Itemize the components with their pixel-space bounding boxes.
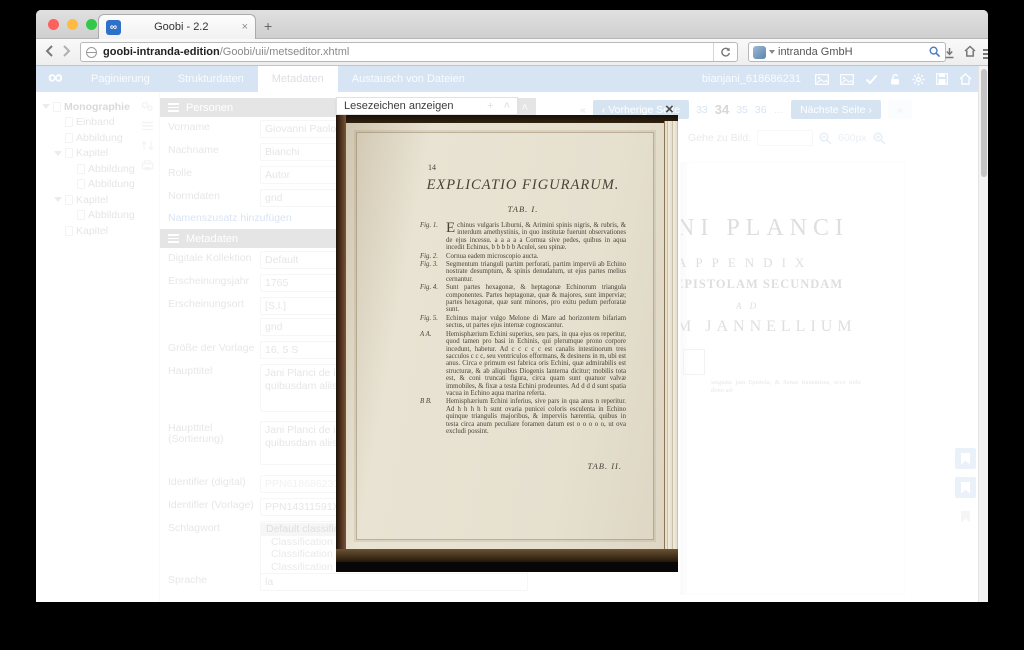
figure-entry: Fig. 5.Echinus major vulgo Melone di Mar… [446,315,626,330]
figure-entry: Fig. 3.Segmentum trianguli partim perfor… [446,261,626,283]
tooltip-add-icon: + [487,100,493,112]
figure-entry: Fig. 2.Cornua eadem microscopio aucta. [446,253,626,260]
search-bar[interactable]: intranda GmbH [748,42,946,62]
book-heading: EXPLICATIO FIGURARUM. [420,177,626,194]
forward-icon[interactable] [61,44,72,63]
traffic-lights [48,19,97,30]
zoom-window-button[interactable] [86,19,97,30]
menu-icon[interactable] [983,47,988,61]
book-page-number: 14 [428,163,626,172]
search-input[interactable]: intranda GmbH [778,46,926,58]
book-figure-list: Fig. 1.Echinus vulgaris Liburni, & Arimi… [420,222,626,435]
book-page: 14 EXPLICATIO FIGURARUM. TAB. I. Fig. 1.… [346,123,664,549]
browser-tab-bar: ∞ Goobi - 2.2 × + [36,10,988,39]
photo-background [336,562,678,572]
book-tab1: TAB. I. [420,204,626,214]
new-tab-button[interactable]: + [264,18,272,34]
tooltip-collapse-icon: ˄ [504,100,510,112]
browser-nav-bar: goobi-intranda-edition/Goobi/uii/metsedi… [36,39,988,66]
minimize-window-button[interactable] [67,19,78,30]
figure-entry: B B.Hemisphærium Echini inferius, sive p… [446,398,626,435]
home-icon[interactable] [964,45,976,63]
back-icon[interactable] [44,44,55,63]
lesezeichen-tooltip: Lesezeichen anzeigen + ˄ [336,97,518,115]
book-edge-top [336,115,678,123]
browser-tab[interactable]: ∞ Goobi - 2.2 × [98,14,256,39]
book-edge-bottom [336,549,678,562]
scrollbar[interactable] [978,66,988,602]
book-spine [336,115,346,554]
figure-entry: Fig. 1.Echinus vulgaris Liburni, & Arimi… [446,222,626,252]
close-icon[interactable]: × [665,102,674,117]
reload-icon[interactable] [713,43,737,61]
browser-window: ∞ Goobi - 2.2 × + goobi-intranda-edition… [36,10,988,602]
book-page-text: 14 EXPLICATIO FIGURARUM. TAB. I. Fig. 1.… [420,163,626,471]
search-engine-dropdown-icon[interactable] [769,50,775,54]
tab-title: Goobi - 2.2 [127,21,236,33]
site-identity-icon[interactable] [86,47,97,58]
drop-cap: E [446,222,455,234]
scanned-page-image[interactable]: 14 EXPLICATIO FIGURARUM. TAB. I. Fig. 1.… [336,115,678,572]
figure-entry: Fig. 4.Sunt partes hexagonæ, & heptagonæ… [446,284,626,314]
tab-close-icon[interactable]: × [242,21,248,33]
url-host: goobi-intranda-edition [103,46,220,58]
goobi-favicon-icon: ∞ [106,20,121,35]
close-window-button[interactable] [48,19,59,30]
search-icon[interactable] [929,46,941,58]
figure-entry: A A.Hemisphærium Echini superius, seu pa… [446,331,626,398]
book-tab2: TAB. II. [420,461,626,471]
scrollbar-thumb[interactable] [981,69,987,177]
search-engine-icon[interactable] [753,46,766,59]
url-bar[interactable]: goobi-intranda-edition/Goobi/uii/metsedi… [80,42,738,62]
url-path: /Goobi/uii/metseditor.xhtml [220,46,350,58]
downloads-icon[interactable] [944,46,955,64]
page-stack-edge [664,121,678,552]
url-text[interactable]: goobi-intranda-edition/Goobi/uii/metsedi… [97,46,713,58]
